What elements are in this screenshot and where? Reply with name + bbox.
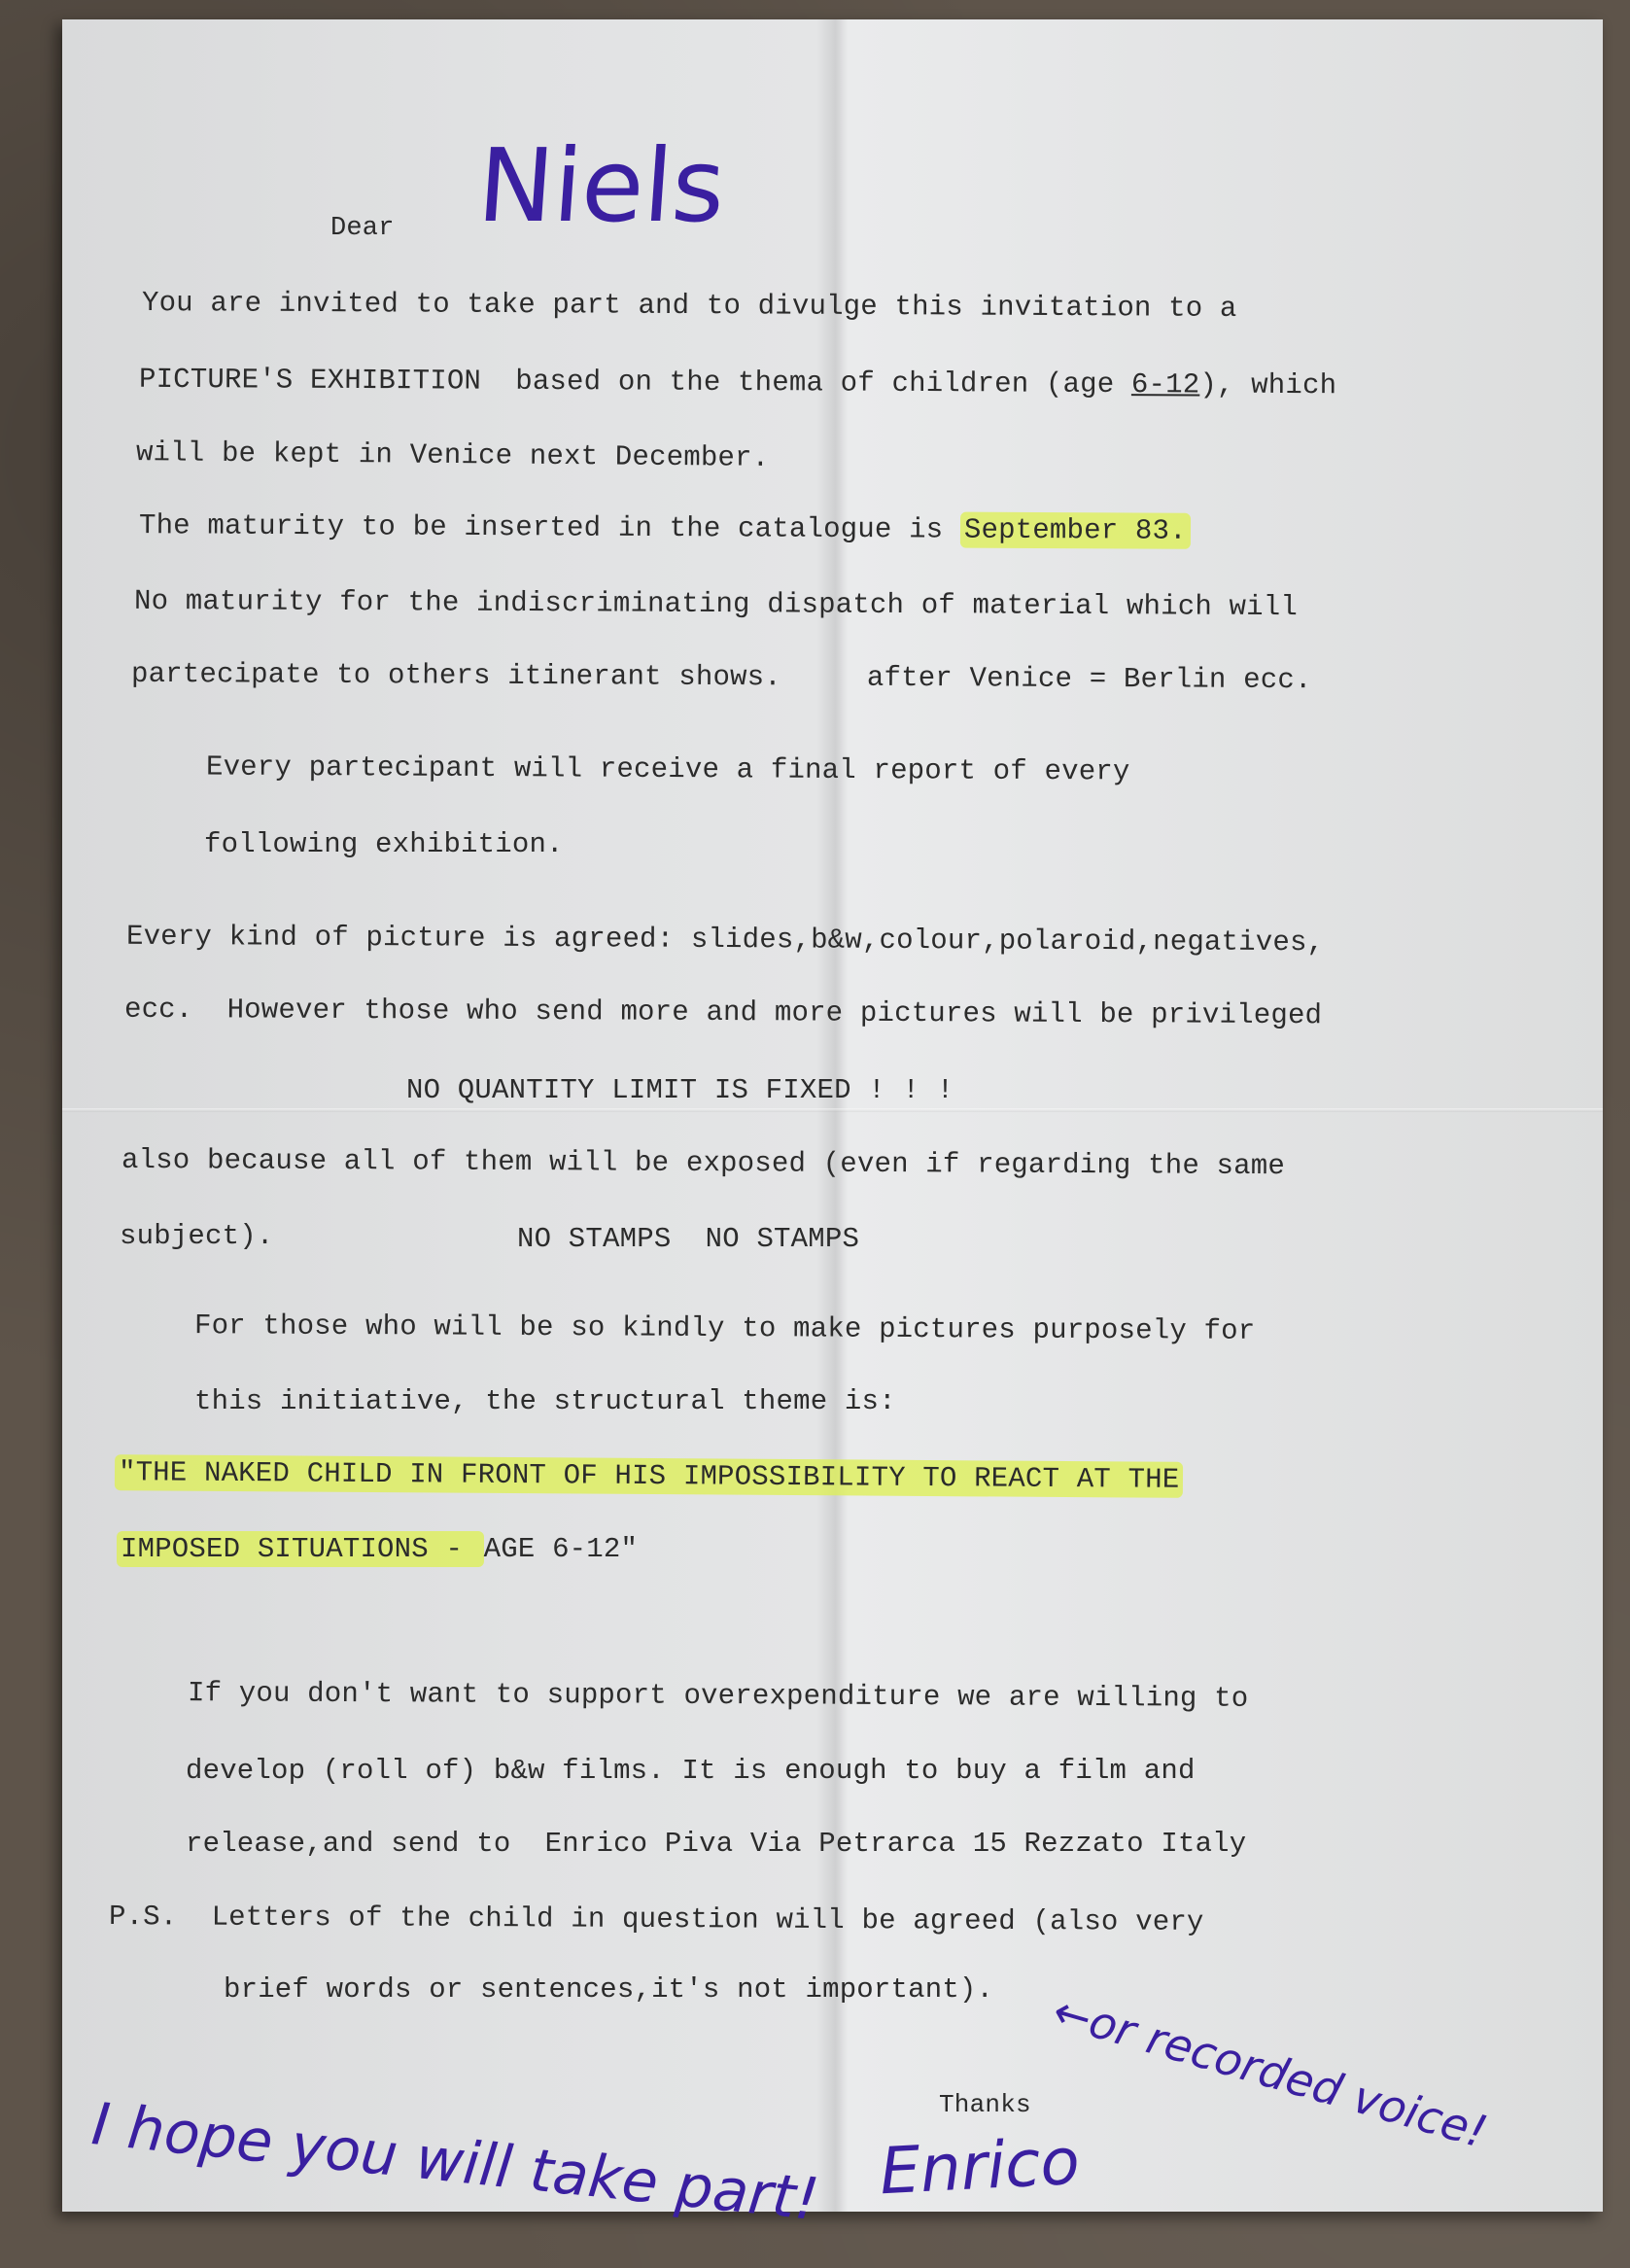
privileged-line: ecc. However those who send more and mor… — [124, 994, 1322, 1031]
no-stamps: NO STAMPS NO STAMPS — [517, 1223, 859, 1255]
film-line-1: If you don't want to support overexpendi… — [188, 1677, 1249, 1715]
paper-fold — [62, 1108, 1603, 1112]
theme-age: AGE 6-12" — [484, 1533, 638, 1565]
address-line: release,and send to Enrico Piva Via Petr… — [186, 1828, 1246, 1860]
age-range: 6-12 — [1131, 368, 1200, 401]
invitation-line-3: will be kept in Venice next December. — [136, 436, 770, 474]
exposed-line: also because all of them will be exposed… — [121, 1144, 1285, 1182]
ps-line-2: brief words or sentences,it's not import… — [224, 1973, 993, 2006]
film-line-2: develop (roll of) b&w films. It is enoug… — [186, 1755, 1196, 1787]
salutation: Dear — [330, 214, 395, 243]
theme-highlight-2: IMPOSED SITUATIONS - — [117, 1531, 484, 1567]
report-line-1: Every partecipant will receive a final r… — [206, 751, 1130, 788]
ps-line-1: P.S. Letters of the child in question wi… — [109, 1901, 1204, 1938]
picture-types-line: Every kind of picture is agreed: slides,… — [126, 921, 1324, 959]
report-line-2: following exhibition. — [204, 828, 564, 860]
no-quantity-limit: NO QUANTITY LIMIT IS FIXED ! ! ! — [406, 1074, 954, 1106]
recipient-name-handwritten: Niels — [474, 126, 729, 245]
theme-intro-line-1: For those who will be so kindly to make … — [194, 1309, 1256, 1347]
theme-highlight-1: "THE NAKED CHILD IN FRONT OF HIS IMPOSSI… — [115, 1454, 1184, 1498]
catalogue-deadline-text: The maturity to be inserted in the catal… — [139, 509, 960, 545]
closing-thanks: Thanks — [939, 2090, 1031, 2119]
dispatch-line-2: partecipate to others itinerant shows. a… — [131, 658, 1312, 696]
invitation-line-2: PICTURE'S EXHIBITION based on the thema … — [139, 364, 1336, 401]
subject-line: subject). — [120, 1220, 273, 1252]
dispatch-line-1: No maturity for the indiscriminating dis… — [134, 585, 1298, 623]
handwritten-signature: Enrico — [878, 2124, 1081, 2210]
catalogue-deadline-line: The maturity to be inserted in the catal… — [139, 509, 1191, 547]
theme-line-1: "THE NAKED CHILD IN FRONT OF HIS IMPOSSI… — [115, 1456, 1184, 1496]
invitation-line-2-end: ), which — [1199, 368, 1336, 401]
letter-paper — [62, 19, 1603, 2212]
theme-line-2: IMPOSED SITUATIONS - AGE 6-12" — [117, 1533, 638, 1565]
deadline-highlight: September 83. — [960, 512, 1191, 549]
invitation-line-1: You are invited to take part and to divu… — [142, 287, 1237, 325]
theme-intro-line-2: this initiative, the structural theme is… — [194, 1385, 896, 1417]
invitation-line-2-text: PICTURE'S EXHIBITION based on the thema … — [139, 364, 1131, 401]
